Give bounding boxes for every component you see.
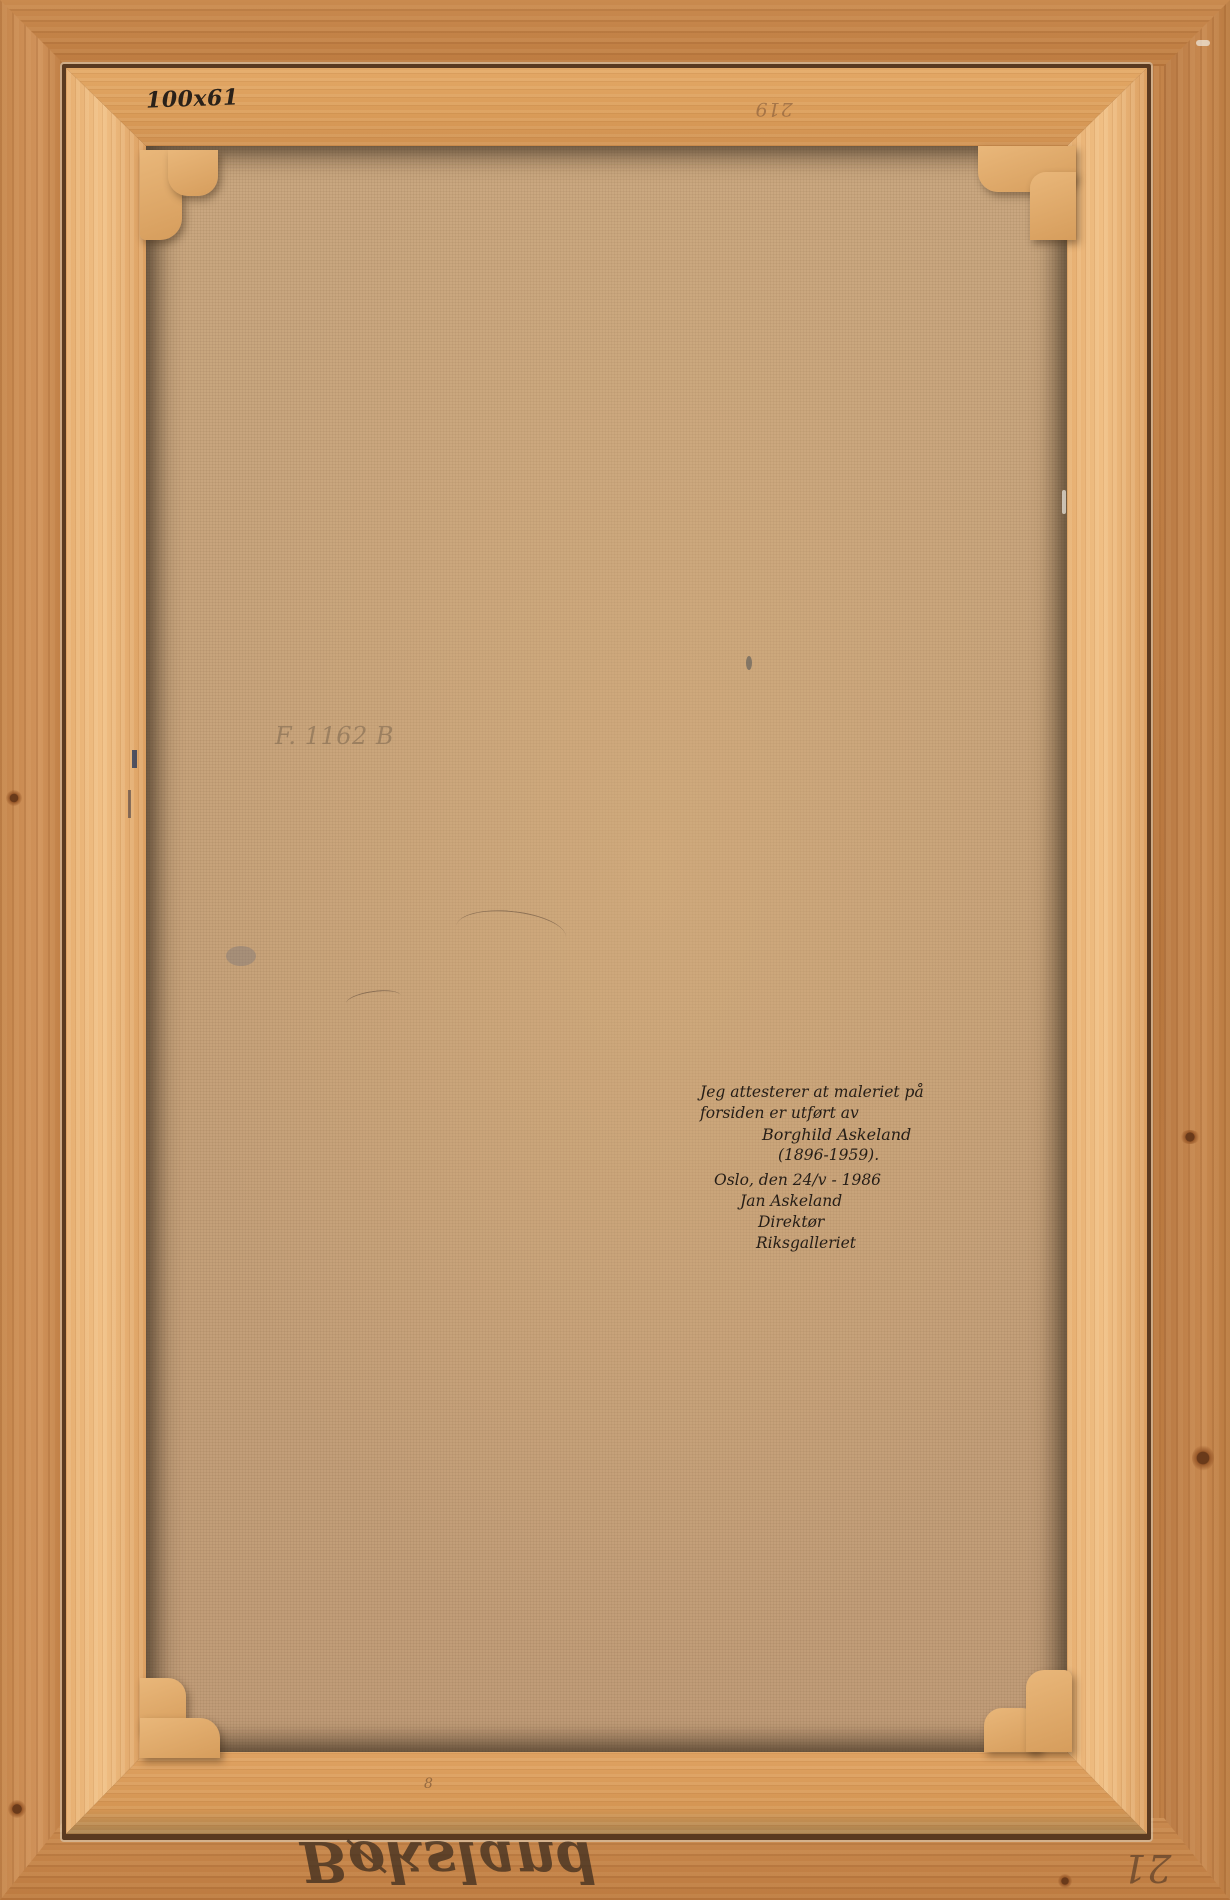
stretcher-right-bar <box>1067 68 1147 1834</box>
wood-knot <box>1180 1130 1200 1144</box>
pencil-sketch-line <box>345 987 402 1011</box>
frame-right-rail <box>1164 0 1230 1900</box>
blue-ink-mark <box>132 750 137 768</box>
upside-down-signature: Bøksland <box>300 1828 596 1894</box>
dimensions-label: 100x61 <box>146 84 240 113</box>
inscription-signatory: Jan Askeland <box>700 1191 1000 1212</box>
corner-number: 21 <box>1122 1846 1171 1890</box>
corner-key-bottom-left-wedge <box>140 1718 220 1758</box>
frame-top-rail <box>0 0 1230 66</box>
small-frame-mark: 8 <box>424 1776 433 1792</box>
inscription-artist-dates: (1896-1959). <box>700 1145 1000 1166</box>
corner-key-bottom-right-wedge <box>1026 1670 1072 1752</box>
pencil-sketch-line <box>454 905 568 957</box>
inscription-title: Direktør <box>700 1212 1000 1233</box>
pencil-mark <box>128 790 131 818</box>
grey-stain <box>226 946 256 966</box>
wood-knot <box>8 1800 26 1818</box>
paint-scuff <box>1196 40 1210 46</box>
inscription-line: forsiden er utført av <box>700 1103 1000 1124</box>
wood-knot <box>1192 1445 1214 1471</box>
ink-speck <box>746 656 752 670</box>
stretcher-left-bar <box>66 68 146 1834</box>
faint-stamp: F. 1162 B <box>275 722 394 750</box>
corner-key-top-right-wedge <box>1030 172 1076 240</box>
wood-knot <box>1058 1874 1072 1888</box>
stretcher-bottom-bar <box>66 1752 1147 1834</box>
inscription-artist-name: Borghild Askeland <box>700 1124 1000 1145</box>
inscription-institution: Riksgalleriet <box>700 1233 1000 1254</box>
inscription-line: Jeg attesterer at maleriet på <box>700 1082 1000 1103</box>
corner-key-top-left-wedge <box>168 150 218 196</box>
paint-scuff <box>1062 490 1066 514</box>
authentication-inscription: Jeg attesterer at maleriet på forsiden e… <box>700 1082 1000 1254</box>
frame-left-rail <box>0 0 66 1900</box>
wood-knot <box>6 790 22 806</box>
inscription-place-date: Oslo, den 24/v - 1986 <box>700 1170 1000 1191</box>
canvas-back <box>146 146 1067 1752</box>
pencil-number: 219 <box>755 98 793 120</box>
